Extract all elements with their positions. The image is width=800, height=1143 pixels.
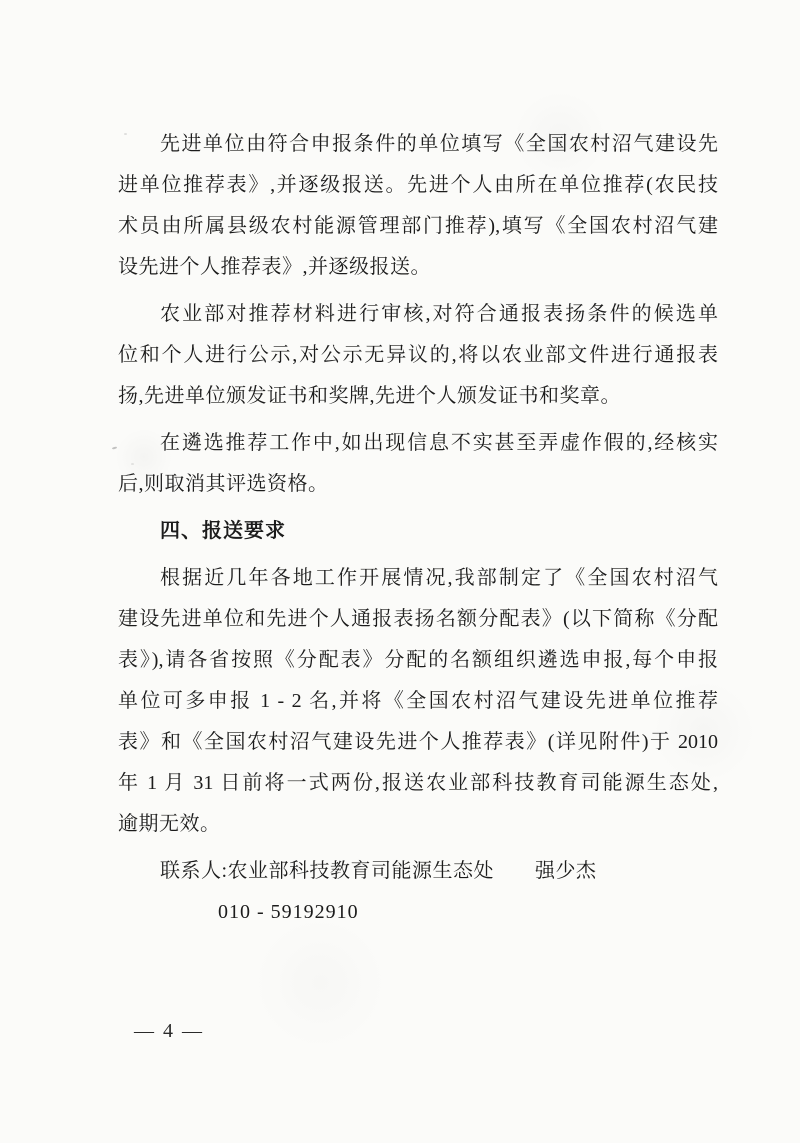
text-line: 农业部对推荐材料进行审核,对符合通报表扬条件的候选单 [118,294,718,335]
text-line: 位和个人进行公示,对公示无异议的,将以农业部文件进行通报表 [118,335,718,376]
text-line: 术员由所属县级农村能源管理部门推荐),填写《全国农村沼气建 [118,206,718,247]
text-line: 先进单位由符合申报条件的单位填写《全国农村沼气建设先 [118,124,718,165]
section-heading: 四、报送要求 [118,511,718,552]
text-line: 根据近几年各地工作开展情况,我部制定了《全国农村沼气 [118,558,718,599]
text-line: 年 1 月 31 日前将一式两份,报送农业部科技教育司能源生态处, [118,763,718,804]
text-line: 扬,先进单位颁发证书和奖牌,先进个人颁发证书和奖章。 [118,376,718,417]
text-line: 表》和《全国农村沼气建设先进个人推荐表》(详见附件)于 2010 [118,722,718,763]
text-line: 建设先进单位和先进个人通报表扬名额分配表》(以下简称《分配 [118,599,718,640]
page-number: — 4 — [134,1020,204,1043]
text-line: 在遴选推荐工作中,如出现信息不实甚至弄虚作假的,经核实 [118,423,718,464]
scanned-document-page: 先进单位由符合申报条件的单位填写《全国农村沼气建设先进单位推荐表》,并逐级报送。… [0,0,800,1143]
document-body: 先进单位由符合申报条件的单位填写《全国农村沼气建设先进单位推荐表》,并逐级报送。… [118,124,718,933]
text-line: 后,则取消其评选资格。 [118,464,718,505]
text-line: 设先进个人推荐表》,并逐级报送。 [118,247,718,288]
text-line: 单位可多申报 1 - 2 名,并将《全国农村沼气建设先进单位推荐 [118,681,718,722]
text-line: 联系人:农业部科技教育司能源生态处 强少杰 [118,851,718,892]
scan-noise-speck [112,446,117,449]
text-line: 逾期无效。 [118,804,718,845]
contact-phone-line: 010 - 59192910 [118,892,718,933]
text-line: 表》),请各省按照《分配表》分配的名额组织遴选申报,每个申报 [118,640,718,681]
text-line: 进单位推荐表》,并逐级报送。先进个人由所在单位推荐(农民技 [118,165,718,206]
